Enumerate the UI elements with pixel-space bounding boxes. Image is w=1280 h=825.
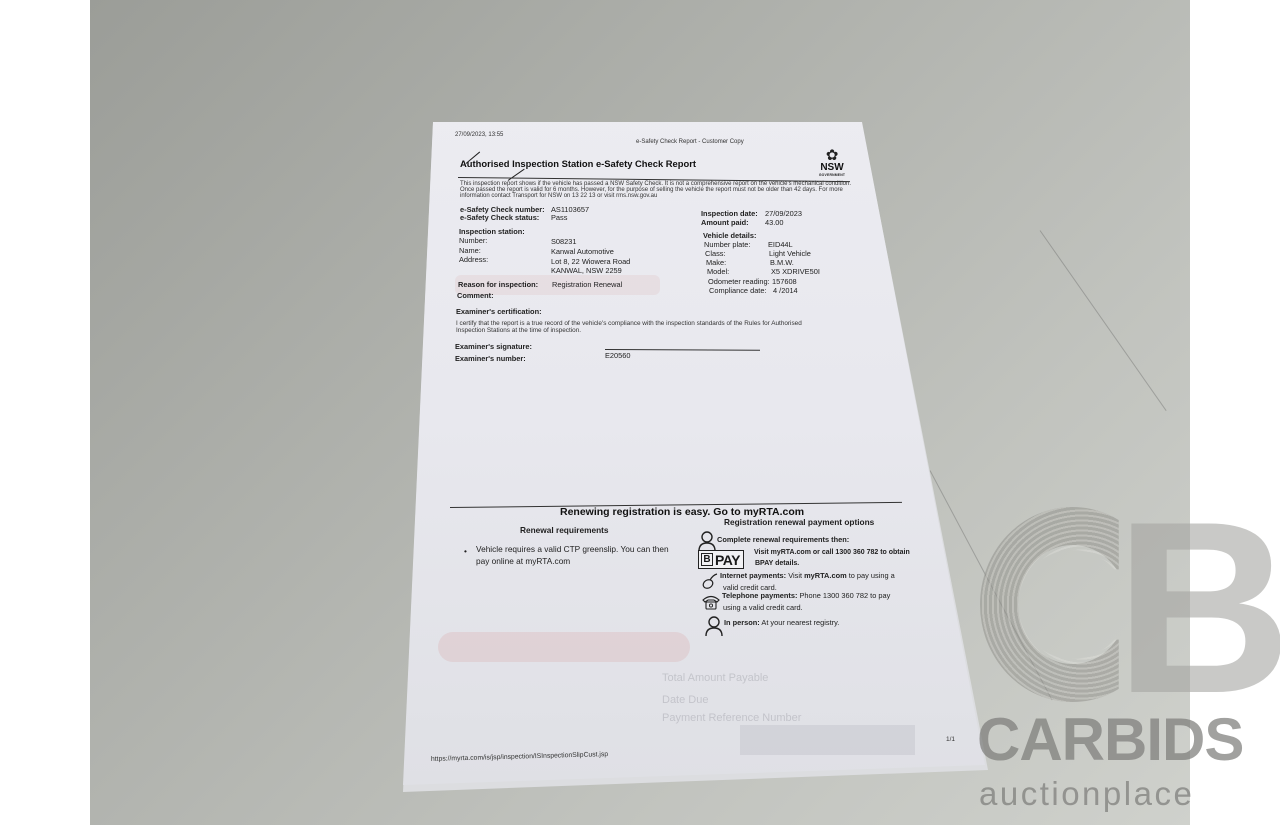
bpay-logo: B PAY: [698, 550, 744, 569]
check-status-label: e-Safety Check status:: [460, 214, 539, 221]
waratah-icon: ✿: [815, 148, 849, 163]
check-status: Pass: [551, 214, 567, 221]
reason-label: Reason for inspection:: [458, 281, 538, 288]
odometer: 157608: [772, 278, 797, 285]
internet-pre: Visit: [788, 571, 804, 580]
amount-paid-label: Amount paid:: [701, 219, 749, 226]
make-label: Make:: [706, 259, 726, 266]
amount-paid: 43.00: [765, 219, 784, 226]
certification-heading: Examiner's certification:: [456, 308, 542, 315]
class: Light Vehicle: [769, 250, 811, 257]
copy-label: e-Safety Check Report - Customer Copy: [636, 139, 744, 145]
inspection-date-label: Inspection date:: [701, 210, 758, 217]
telephone-icon: [702, 593, 720, 611]
inspection-date: 27/09/2023: [765, 210, 802, 217]
intro-line: information contact Transport for NSW on…: [460, 193, 657, 199]
bpay-text: PAY: [715, 552, 740, 568]
station-name-label: Name:: [459, 247, 481, 254]
vehicle-heading: Vehicle details:: [703, 232, 756, 239]
station-number-label: Number:: [459, 237, 487, 244]
requirement-line: Vehicle requires a valid CTP greenslip. …: [476, 545, 669, 553]
station-number: S08231: [551, 238, 576, 245]
requirements-heading: Renewal requirements: [520, 526, 609, 534]
ghost-text: Total Amount Payable: [662, 672, 768, 684]
bpay-line2: BPAY details.: [755, 560, 799, 567]
odometer-label: Odometer reading:: [708, 278, 770, 285]
reason: Registration Renewal: [552, 281, 622, 288]
station-address-label: Address:: [459, 256, 488, 263]
bpay-line1: Visit myRTA.com or call 1300 360 782 to …: [754, 549, 910, 556]
internet-payments: Internet payments: Visit myRTA.com to pa…: [720, 572, 895, 579]
plate-label: Number plate:: [704, 241, 750, 248]
myrta-link: myRTA.com: [804, 571, 847, 580]
logo-text: NSW: [815, 163, 849, 173]
page-number: 1/1: [946, 737, 955, 744]
telephone-label: Telephone payments:: [722, 591, 797, 600]
in-person: In person: At your nearest registry.: [724, 619, 839, 626]
logo-subtext: GOVERNMENT: [815, 173, 849, 177]
class-label: Class:: [705, 250, 726, 257]
ghost-text: Payment Reference Number: [662, 712, 801, 724]
bullet: •: [464, 547, 467, 555]
print-timestamp: 27/09/2023, 13:55: [455, 132, 503, 138]
comment-label: Comment:: [457, 292, 494, 299]
telephone-line2: using a valid credit card.: [723, 604, 803, 611]
ghost-box: [740, 725, 915, 755]
renewal-headline: Renewing registration is easy. Go to myR…: [560, 507, 804, 518]
certification-text: Inspection Stations at the time of inspe…: [456, 328, 581, 334]
ghost-text: Date Due: [662, 694, 708, 706]
bpay-b-icon: B: [701, 553, 713, 566]
telephone-payments: Telephone payments: Phone 1300 360 782 t…: [722, 592, 890, 599]
in-person-text: At your nearest registry.: [761, 618, 839, 627]
signature-label: Examiner's signature:: [455, 343, 532, 350]
make: B.M.W.: [770, 259, 794, 266]
report-title: Authorised Inspection Station e-Safety C…: [460, 159, 696, 168]
person-icon: [697, 530, 717, 552]
station-heading: Inspection station:: [459, 228, 525, 235]
requirement-line: pay online at myRTA.com: [476, 557, 570, 565]
ghost-band: [438, 632, 690, 662]
station-address-line1: Lot 8, 22 Wiowera Road: [551, 258, 630, 265]
in-person-icon: [704, 615, 724, 637]
compliance-date: 4 /2014: [773, 287, 798, 294]
examiner-number-label: Examiner's number:: [455, 355, 526, 362]
model-label: Model:: [707, 268, 729, 275]
compliance-label: Compliance date:: [709, 287, 767, 294]
model: X5 XDRIVE50I: [771, 268, 820, 275]
internet-label: Internet payments:: [720, 571, 786, 580]
examiner-number: E20560: [605, 352, 630, 359]
complete-text: Complete renewal requirements then:: [717, 536, 849, 543]
station-name: Kanwal Automotive: [551, 248, 614, 255]
mouse-icon: [701, 572, 719, 590]
nsw-government-logo: ✿ NSW GOVERNMENT: [815, 148, 849, 182]
payment-heading: Registration renewal payment options: [724, 518, 874, 526]
internet-post: to pay using a: [847, 571, 895, 580]
in-person-label: In person:: [724, 618, 760, 627]
station-address-line2: KANWAL, NSW 2259: [551, 267, 622, 274]
plate: EID44L: [768, 241, 793, 248]
telephone-text: Phone 1300 360 782 to pay: [800, 591, 891, 600]
